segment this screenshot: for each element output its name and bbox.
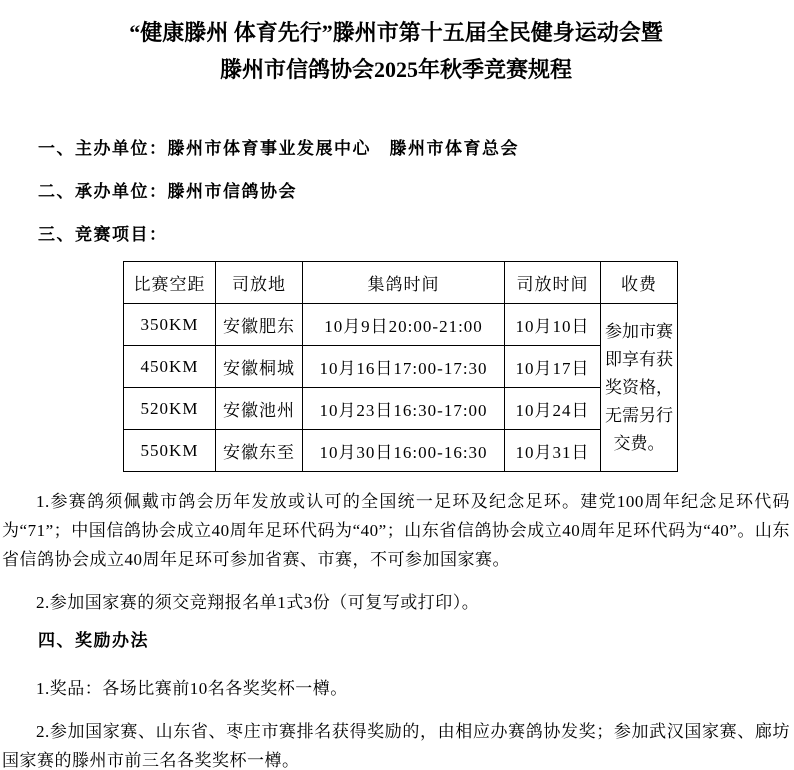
cell-distance: 350KM — [124, 304, 216, 346]
section-awards-heading: 四、奖励办法 — [2, 630, 790, 652]
rule-paragraph-1: 1.参赛鸽须佩戴市鸽会历年发放或认可的全国统一足环及纪念足环。建党100周年纪念… — [2, 487, 790, 574]
cell-release-site: 安徽东至 — [216, 430, 303, 472]
document-title-line1: “健康滕州 体育先行”滕州市第十五届全民健身运动会暨 — [2, 14, 790, 51]
document-title: “健康滕州 体育先行”滕州市第十五届全民健身运动会暨 滕州市信鸽协会2025年秋… — [2, 14, 790, 88]
cell-collection-time: 10月9日20:00-21:00 — [303, 304, 505, 346]
schedule-table: 比赛空距 司放地 集鸽时间 司放时间 收费 350KM 安徽肥东 10月9日20… — [123, 261, 678, 472]
cell-release-time: 10月31日 — [505, 430, 601, 472]
cell-collection-time: 10月16日17:00-17:30 — [303, 346, 505, 388]
table-row: 550KM 安徽东至 10月30日16:00-16:30 10月31日 — [124, 430, 678, 472]
cell-release-time: 10月17日 — [505, 346, 601, 388]
document-page: “健康滕州 体育先行”滕州市第十五届全民健身运动会暨 滕州市信鸽协会2025年秋… — [0, 0, 794, 770]
cell-collection-time: 10月23日16:30-17:00 — [303, 388, 505, 430]
document-title-line2: 滕州市信鸽协会2025年秋季竞赛规程 — [2, 51, 790, 88]
column-header-collection-time: 集鸽时间 — [303, 262, 505, 304]
column-header-fee: 收费 — [601, 262, 678, 304]
column-header-release-site: 司放地 — [216, 262, 303, 304]
award-paragraph-1: 1.奖品：各场比赛前10名各奖奖杯一樽。 — [2, 674, 790, 703]
cell-release-site: 安徽肥东 — [216, 304, 303, 346]
section-events-heading: 三、竞赛项目： — [2, 224, 790, 246]
column-header-distance: 比赛空距 — [124, 262, 216, 304]
cell-release-time: 10月24日 — [505, 388, 601, 430]
award-paragraph-2: 2.参加国家赛、山东省、枣庄市赛排名获得奖励的，由相应办赛鸽协发奖；参加武汉国家… — [2, 717, 790, 770]
cell-release-time: 10月10日 — [505, 304, 601, 346]
rule-paragraph-2: 2.参加国家赛的须交竞翔报名单1式3份（可复写或打印）。 — [2, 588, 790, 617]
cell-collection-time: 10月30日16:00-16:30 — [303, 430, 505, 472]
table-header-row: 比赛空距 司放地 集鸽时间 司放时间 收费 — [124, 262, 678, 304]
section-organizer: 一、主办单位：滕州市体育事业发展中心 滕州市体育总会 — [2, 138, 790, 160]
table-row: 520KM 安徽池州 10月23日16:30-17:00 10月24日 — [124, 388, 678, 430]
cell-distance: 520KM — [124, 388, 216, 430]
cell-release-site: 安徽池州 — [216, 388, 303, 430]
table-row: 450KM 安徽桐城 10月16日17:00-17:30 10月17日 — [124, 346, 678, 388]
cell-distance: 550KM — [124, 430, 216, 472]
table-row: 350KM 安徽肥东 10月9日20:00-21:00 10月10日 参加市赛即… — [124, 304, 678, 346]
cell-distance: 450KM — [124, 346, 216, 388]
section-undertaker: 二、承办单位：滕州市信鸽协会 — [2, 181, 790, 203]
cell-release-site: 安徽桐城 — [216, 346, 303, 388]
column-header-release-time: 司放时间 — [505, 262, 601, 304]
cell-fee-note: 参加市赛即享有获奖资格，无需另行交费。 — [601, 304, 678, 472]
